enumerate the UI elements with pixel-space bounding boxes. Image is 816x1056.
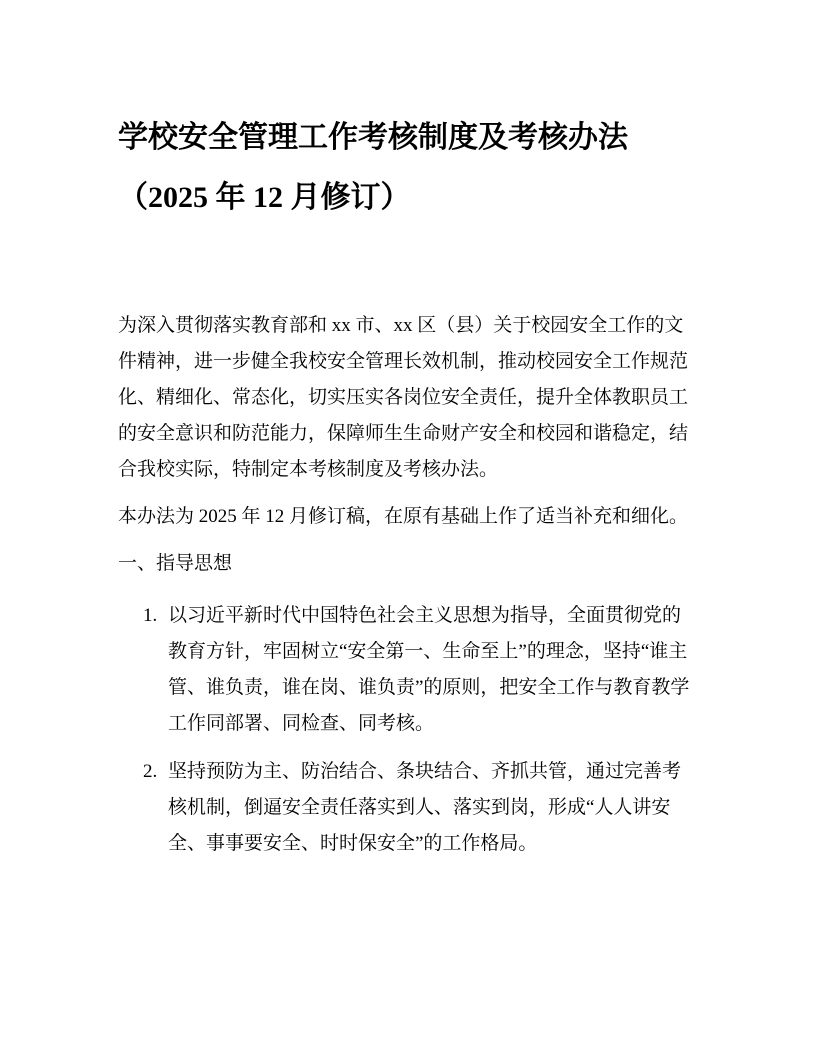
list-item-text: 坚持预防为主、防治结合、条块结合、齐抓共管，通过完善考核机制，倒逼安全责任落实到…: [168, 754, 698, 862]
document-page: 学校安全管理工作考核制度及考核办法 （2025 年 12 月修订） 为深入贯彻落…: [0, 0, 816, 1056]
numbered-list: 1. 以习近平新时代中国特色社会主义思想为指导，全面贯彻党的教育方针，牢固树立“…: [118, 598, 698, 862]
list-item: 1. 以习近平新时代中国特色社会主义思想为指导，全面贯彻党的教育方针，牢固树立“…: [118, 598, 698, 742]
revision-note-paragraph: 本办法为 2025 年 12 月修订稿，在原有基础上作了适当补充和细化。: [118, 499, 698, 535]
list-item: 2. 坚持预防为主、防治结合、条块结合、齐抓共管，通过完善考核机制，倒逼安全责任…: [118, 754, 698, 862]
list-item-number: 1.: [143, 598, 168, 634]
section-heading-guiding-ideology: 一、指导思想: [118, 546, 698, 582]
list-item-text: 以习近平新时代中国特色社会主义思想为指导，全面贯彻党的教育方针，牢固树立“安全第…: [168, 598, 698, 742]
document-title: 学校安全管理工作考核制度及考核办法 （2025 年 12 月修订）: [118, 120, 698, 216]
list-item-number: 2.: [143, 754, 168, 790]
title-line-1: 学校安全管理工作考核制度及考核办法: [118, 120, 698, 156]
title-line-2: （2025 年 12 月修订）: [118, 180, 698, 216]
intro-paragraph: 为深入贯彻落实教育部和 xx 市、xx 区（县）关于校园安全工作的文件精神，进一…: [118, 308, 698, 488]
